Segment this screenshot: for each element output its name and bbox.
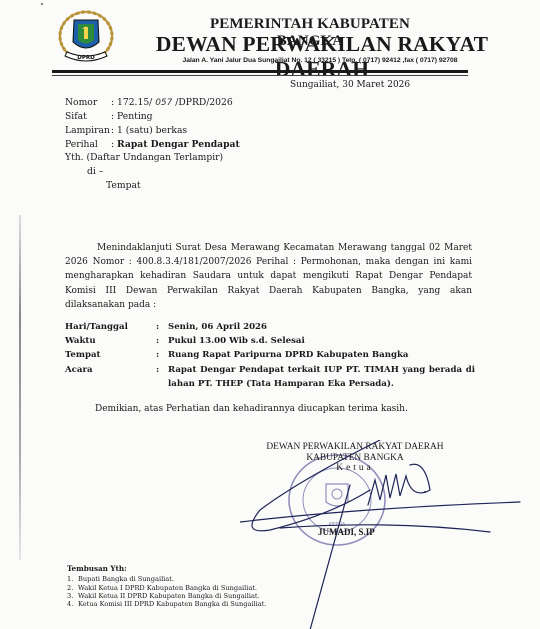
dprd-logo-icon: DPRD bbox=[55, 8, 117, 70]
paper-fold-shadow bbox=[19, 215, 21, 560]
letterhead-address: Jalan A. Yani Jalur Dua Sungailiat No. 1… bbox=[140, 57, 500, 64]
letterhead-divider-thin bbox=[52, 75, 468, 76]
meta-perihal: Perihal : Rapat Dengar Pendapat bbox=[65, 138, 240, 152]
detail-place: Tempat:Ruang Rapat Paripurna DPRD Kabupa… bbox=[65, 348, 475, 362]
detail-time: Waktu:Pukul 13.00 Wib s.d. Selesai bbox=[65, 334, 475, 348]
recipient-block: Yth. (Daftar Undangan Terlampir) di – Te… bbox=[65, 151, 223, 193]
detail-date: Hari/Tanggal:Senin, 06 April 2026 bbox=[65, 320, 475, 334]
letter-body: Menindaklanjuti Surat Desa Merawang Keca… bbox=[65, 241, 472, 312]
svg-text:DPRD: DPRD bbox=[77, 55, 95, 61]
cc-item: 1.Bupati Bangka di Sungailiat. bbox=[67, 575, 266, 583]
cc-item: 2.Wakil Ketua I DPRD Kabupaten Bangka di… bbox=[67, 584, 266, 592]
cc-item: 4.Ketua Komisi III DPRD Kabupaten Bangka… bbox=[67, 600, 266, 608]
scan-speck bbox=[41, 3, 43, 5]
meta-nomor: Nomor : 172.15/ 057 /DPRD/2026 bbox=[65, 96, 240, 110]
meta-lampiran: Lampiran : 1 (satu) berkas bbox=[65, 124, 240, 138]
letter-meta: Nomor : 172.15/ 057 /DPRD/2026 Sifat : P… bbox=[65, 96, 240, 152]
letter-date: Sungailiat, 30 Maret 2026 bbox=[290, 80, 410, 90]
letterhead-divider bbox=[52, 70, 468, 73]
signatory-name: JUMADI, S.IP bbox=[318, 527, 375, 537]
closing-sentence: Demikian, atas Perhatian dan kehadiranny… bbox=[95, 404, 408, 414]
detail-agenda: Acara:Rapat Dengar Pendapat terkait IUP … bbox=[65, 363, 475, 391]
event-details: Hari/Tanggal:Senin, 06 April 2026 Waktu:… bbox=[65, 320, 475, 391]
carbon-copy-list: Tembusan Yth: 1.Bupati Bangka di Sungail… bbox=[67, 565, 266, 608]
signature-block: DEWAN PERWAKILAN RAKYAT DAERAH KABUPATEN… bbox=[250, 442, 460, 474]
cc-item: 3.Wakil Ketua II DPRD Kabupaten Bangka d… bbox=[67, 592, 266, 600]
meta-sifat: Sifat : Penting bbox=[65, 110, 240, 124]
handwritten-number: 057 bbox=[155, 98, 172, 108]
